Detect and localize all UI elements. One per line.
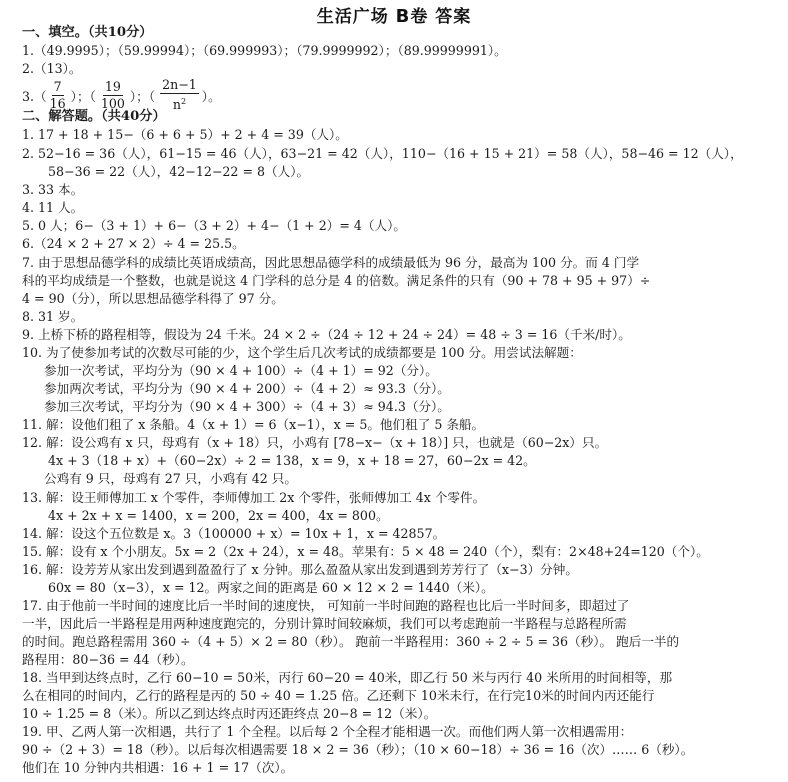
answer-2-14: 14. 解：设这个五位数是 x。3（100000 + x）= 10x + 1，x… — [22, 525, 445, 542]
answer-2-13: 13. 解：设王师傅加工 x 个零件，李师傅加工 2x 个零件，张师傅加工 4x… — [22, 489, 485, 506]
section-heading-problems: 二、解答题。（共40分） — [22, 108, 166, 125]
answer-2-18-cont1: 么在相同的时间内，乙行的路程是丙的 50 ÷ 40 = 1.25 倍。乙还剩下 … — [22, 687, 654, 704]
answer-1-3-suffix: ）。 — [202, 86, 221, 105]
answer-2-12-result: 公鸡有 9 只，母鸡有 27 只，小鸡有 42 只。 — [44, 470, 297, 487]
answer-2-7-cont2: 4 = 90（分），所以思想品德学科得了 97 分。 — [22, 290, 284, 307]
answer-2-19: 19. 甲、乙两人第一次相遇，共行了 1 个全程。以后每 2 个全程才能相遇一次… — [22, 723, 632, 740]
answer-2-12: 12. 解：设公鸡有 x 只，母鸡有（x + 18）只，小鸡有 [78−x−（x… — [22, 434, 607, 451]
answer-2-19-cont2: 他们在 10 分钟内共相遇：16 + 1 = 17（次）。 — [22, 759, 293, 776]
fraction-2: 19 100 — [101, 80, 125, 111]
answer-sheet-page: 生活广场 B卷 答案 一、填空。（共10分） 1.（49.9995）；（59.9… — [0, 0, 788, 782]
answer-2-8: 8. 31 岁。 — [22, 308, 83, 325]
section-heading-fill-blank: 一、填空。（共10分） — [22, 24, 152, 41]
answer-2-10-step2: 参加两次考试，平均分为（90 × 4 + 200）÷（4 + 2）≈ 93.3（… — [44, 380, 450, 397]
title-suffix: 卷 答案 — [410, 7, 471, 27]
answer-2-10-step3: 参加三次考试，平均分为（90 × 4 + 300）÷（4 + 3）≈ 94.3（… — [44, 398, 450, 415]
answer-2-10-step1: 参加一次考试，平均分为（90 × 4 + 100）÷（4 + 1）= 92（分）… — [44, 362, 438, 379]
answer-2-2: 2. 52−16 = 36（人），61−15 = 46（人），63−21 = 4… — [22, 145, 743, 162]
answer-2-19-cont1: 90 ÷（2 + 3）= 18（秒）。以后每次相遇需要 18 × 2 = 36（… — [22, 741, 693, 758]
answer-2-18: 18. 当甲到达终点时，乙行 60−10 = 50米，丙行 60−20 = 40… — [22, 669, 672, 686]
answer-2-1: 1. 17 + 18 + 15−（6 + 6 + 5）+ 2 + 4 = 39（… — [22, 126, 348, 143]
answer-2-17: 17. 由于他前一半时间的速度比后一半时间的速度快， 可知前一半时间跑的路程也比… — [22, 597, 629, 614]
answer-2-5: 5. 0 人；6−（3 + 1）+ 6−（3 + 2）+ 4−（1 + 2）= … — [22, 217, 406, 234]
answer-1-3-sep1: ）；（ — [71, 86, 96, 105]
answer-2-16-eq: 60x = 80（x−3），x = 12。两家之间的距离是 60 × 12 × … — [48, 579, 494, 596]
answer-2-7-cont1: 科的平均成绩是一个整数，也就是说这 4 门学科的总分是 4 的倍数。满足条件的只… — [22, 272, 650, 289]
answer-2-17-cont1: 一半，因此后一半路程是用两种速度跑完的，分别计算时间较麻烦，我们可以考虑跑前一半… — [22, 615, 627, 632]
fraction-3-numerator: 2n−1 — [160, 78, 199, 94]
fraction-1-numerator: 7 — [52, 80, 64, 96]
answer-2-6: 6.（24 × 2 + 27 × 2）÷ 4 = 25.5。 — [22, 235, 245, 252]
answer-2-10: 10. 为了使参加考试的次数尽可能的少，这个学生后几次考试的成绩都要是 100 … — [22, 344, 582, 361]
fraction-3-den-base: n — [173, 97, 181, 112]
answer-2-17-cont2: 的时间。跑总路程需用 360 ÷（4 + 5）× 2 = 80（秒）。 跑前一半… — [22, 633, 679, 650]
fraction-3-den-exponent: 2 — [181, 97, 186, 106]
fraction-3: 2n−1 n2 — [160, 78, 199, 112]
title-bold-letter: B — [396, 6, 411, 27]
answer-2-17-cont3: 路程用：80−36 = 44（秒）。 — [22, 651, 194, 668]
answer-2-11: 11. 解：设他们租了 x 条船。4（x + 1）= 6（x−1），x = 5。… — [22, 416, 484, 433]
answer-2-16: 16. 解：设芳芳从家出发到遇到盈盈行了 x 分钟。那么盈盈从家出发到遇到芳芳行… — [22, 561, 578, 578]
answer-2-18-cont2: 10 ÷ 1.25 = 8（米）。所以乙到达终点时丙还距终点 20−8 = 12… — [22, 705, 436, 722]
fraction-2-numerator: 19 — [103, 80, 123, 96]
answer-1-3-sep2: ）；（ — [130, 86, 155, 105]
answer-2-4: 4. 11 人。 — [22, 199, 83, 216]
answer-2-3: 3. 33 本。 — [22, 181, 83, 198]
title-main: 生活广场 — [317, 7, 396, 27]
answer-2-13-eq: 4x + 2x + x = 1400，x = 200，2x = 400，4x =… — [48, 507, 389, 524]
answer-1-3-prefix: 3.（ — [22, 86, 47, 105]
fraction-3-denominator: n2 — [173, 94, 186, 112]
fraction-1: 7 16 — [50, 80, 66, 111]
answer-2-9: 9. 上桥下桥的路程相等，假设为 24 千米。24 × 2 ÷（24 ÷ 12 … — [22, 326, 631, 343]
answer-2-7: 7. 由于思想品德学科的成绩比英语成绩高，因此思想品德学科的成绩最低为 96 分… — [22, 254, 639, 271]
answer-2-2-cont: 58−36 = 22（人），42−12−22 = 8（人）。 — [48, 163, 309, 180]
answer-2-12-eq: 4x + 3（18 + x）+（60−2x）÷ 2 = 138，x = 9，x … — [48, 452, 536, 469]
answer-1-2: 2.（13）。 — [22, 60, 82, 77]
answer-2-15: 15. 解：设有 x 个小朋友。5x = 2（2x + 24），x = 48。苹… — [22, 543, 709, 560]
answer-1-1: 1.（49.9995）；（59.99994）；（69.999993）；（79.9… — [22, 42, 507, 59]
